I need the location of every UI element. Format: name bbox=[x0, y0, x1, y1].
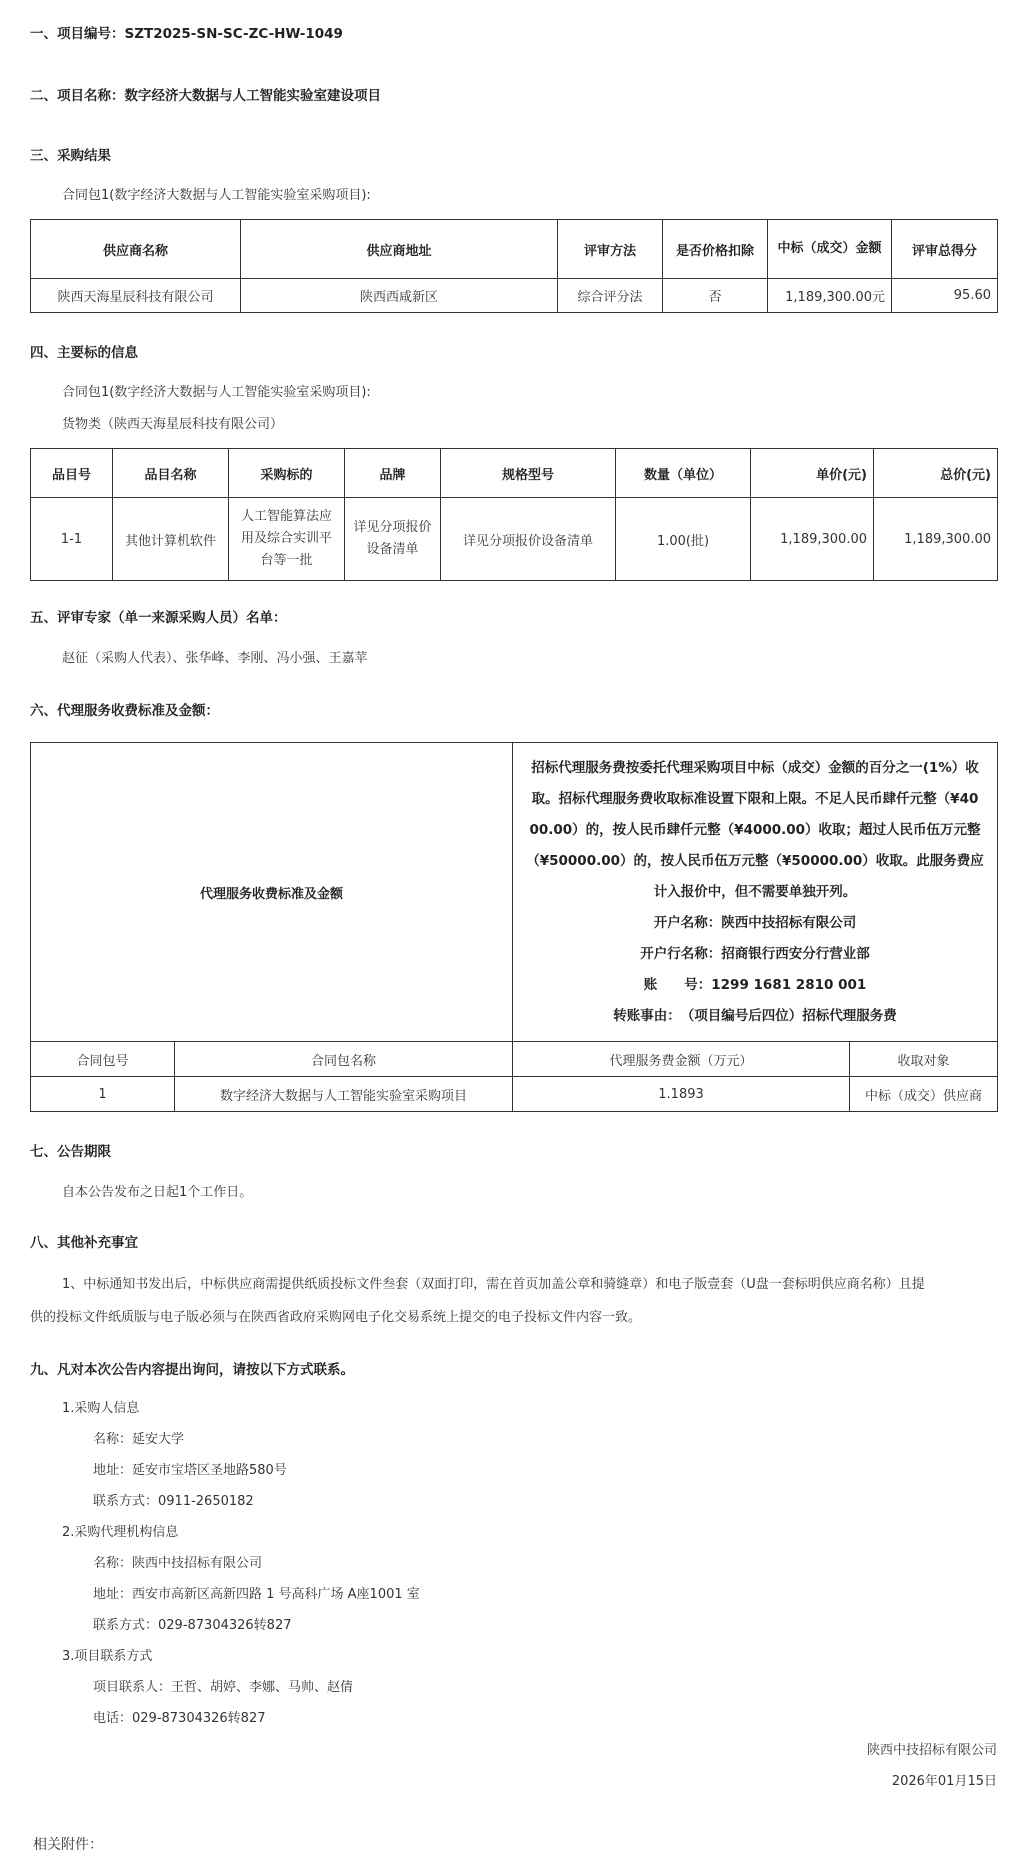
signature-company: 陕西中技招标有限公司 bbox=[867, 1739, 997, 1758]
col-package-name: 合同包名称 bbox=[175, 1042, 513, 1077]
section-title-experts: 五、评审专家（单一来源采购人员）名单： bbox=[30, 606, 287, 626]
agency-fee-table: 代理服务收费标准及金额 招标代理服务费按委托代理采购项目中标（成交）金额的百分之… bbox=[30, 742, 998, 1112]
fee-line: 取。招标代理服务费收取标准设置下限和上限。不足人民币肆仟元整（¥40 bbox=[519, 784, 991, 815]
cell-review-method: 综合评分法 bbox=[558, 279, 663, 313]
col-procurement-object: 采购标的 bbox=[229, 449, 345, 498]
bank-name: 开户行名称：招商银行西安分行营业部 bbox=[519, 939, 991, 970]
expert-members: 赵征（采购人代表）、张华峰、李刚、冯小强、王嘉苹 bbox=[62, 647, 368, 666]
col-fee-amount: 代理服务费金额（万元） bbox=[513, 1042, 850, 1077]
fee-line: 00.00）的，按人民币肆仟元整（¥4000.00）收取；超过人民币伍万元整 bbox=[519, 815, 991, 846]
col-price-deduction: 是否价格扣除 bbox=[663, 220, 768, 279]
cell-spec-model: 详见分项报价设备清单 bbox=[441, 498, 616, 581]
section-project-name: 二、项目名称：数字经济大数据与人工智能实验室建设项目 bbox=[30, 84, 381, 104]
cell-package-number: 1 bbox=[31, 1077, 175, 1112]
fee-standard-description: 招标代理服务费按委托代理采购项目中标（成交）金额的百分之一(1%）收 取。招标代… bbox=[513, 743, 998, 1042]
agency-heading: 2.采购代理机构信息 bbox=[62, 1521, 178, 1540]
section-title-procurement-result: 三、采购结果 bbox=[30, 144, 111, 164]
purchaser-name: 名称：延安大学 bbox=[93, 1428, 184, 1447]
main-items-table: 品目号 品目名称 采购标的 品牌 规格型号 数量（单位） 单价(元) 总价(元)… bbox=[30, 448, 998, 581]
cell-charge-target: 中标（成交）供应商 bbox=[850, 1077, 998, 1112]
col-brand: 品牌 bbox=[345, 449, 441, 498]
cell-unit-price: 1,189,300.00 bbox=[751, 498, 874, 581]
col-total-score: 评审总得分 bbox=[892, 220, 998, 279]
project-number-label: 一、项目编号： bbox=[30, 26, 125, 42]
col-bid-amount: 中标（成交）金额 bbox=[768, 220, 892, 279]
cell-supplier-name: 陕西天海星辰科技有限公司 bbox=[31, 279, 241, 313]
project-contact-people: 项目联系人：王哲、胡婷、李娜、马帅、赵倩 bbox=[93, 1676, 353, 1695]
col-quantity: 数量（单位） bbox=[616, 449, 751, 498]
col-item-number: 品目号 bbox=[31, 449, 113, 498]
section-title-agency-fee: 六、代理服务收费标准及金额： bbox=[30, 699, 219, 719]
section-project-number: 一、项目编号：SZT2025-SN-SC-ZC-HW-1049 bbox=[30, 22, 343, 42]
agency-address: 地址：西安市高新区高新四路 1 号高科广场 A座1001 室 bbox=[93, 1583, 420, 1602]
agency-name: 名称：陕西中技招标有限公司 bbox=[93, 1552, 262, 1571]
col-supplier-address: 供应商地址 bbox=[241, 220, 558, 279]
signature-date: 2026年01月15日 bbox=[892, 1770, 997, 1789]
table-header-row: 供应商名称 供应商地址 评审方法 是否价格扣除 中标（成交）金额 评审总得分 bbox=[31, 220, 998, 279]
cell-procurement-object: 人工智能算法应用及综合实训平台等一批 bbox=[229, 498, 345, 581]
col-spec-model: 规格型号 bbox=[441, 449, 616, 498]
cell-brand: 详见分项报价设备清单 bbox=[345, 498, 441, 581]
purchaser-heading: 1.采购人信息 bbox=[62, 1397, 139, 1416]
section-title-contact: 九、凡对本次公告内容提出询问，请按以下方式联系。 bbox=[30, 1358, 354, 1378]
col-review-method: 评审方法 bbox=[558, 220, 663, 279]
agency-contact: 联系方式：029-87304326转827 bbox=[93, 1614, 292, 1633]
cell-item-number: 1-1 bbox=[31, 498, 113, 581]
cell-supplier-address: 陕西西咸新区 bbox=[241, 279, 558, 313]
category-line: 货物类（陕西天海星辰科技有限公司） bbox=[62, 413, 283, 432]
account-name: 开户名称：陕西中技招标有限公司 bbox=[519, 908, 991, 939]
cell-quantity: 1.00(批) bbox=[616, 498, 751, 581]
project-contact-phone: 电话：029-87304326转827 bbox=[93, 1707, 266, 1726]
table-row: 1 数字经济大数据与人工智能实验室采购项目 1.1893 中标（成交）供应商 bbox=[31, 1077, 998, 1112]
table-header-row: 品目号 品目名称 采购标的 品牌 规格型号 数量（单位） 单价(元) 总价(元) bbox=[31, 449, 998, 498]
other-matters-line-2: 供的投标文件纸质版与电子版必须与在陕西省政府采购网电子化交易系统上提交的电子投标… bbox=[30, 1306, 641, 1325]
cell-total-score: 95.60 bbox=[892, 279, 998, 313]
project-name-value: 数字经济大数据与人工智能实验室建设项目 bbox=[125, 88, 382, 104]
col-supplier-name: 供应商名称 bbox=[31, 220, 241, 279]
transfer-reason: 转账事由： （项目编号后四位）招标代理服务费 bbox=[519, 1001, 991, 1032]
attachments-label: 相关附件： bbox=[33, 1834, 103, 1854]
table-row: 1-1 其他计算机软件 人工智能算法应用及综合实训平台等一批 详见分项报价设备清… bbox=[31, 498, 998, 581]
package-line: 合同包1(数字经济大数据与人工智能实验室采购项目): bbox=[62, 184, 371, 203]
table-row: 陕西天海星辰科技有限公司 陕西西咸新区 综合评分法 否 1,189,300.00… bbox=[31, 279, 998, 313]
col-charge-target: 收取对象 bbox=[850, 1042, 998, 1077]
col-unit-price: 单价(元) bbox=[751, 449, 874, 498]
fee-standard-label: 代理服务收费标准及金额 bbox=[31, 743, 513, 1042]
col-package-number: 合同包号 bbox=[31, 1042, 175, 1077]
package-line: 合同包1(数字经济大数据与人工智能实验室采购项目): bbox=[62, 381, 371, 400]
project-name-label: 二、项目名称： bbox=[30, 88, 125, 104]
cell-total-price: 1,189,300.00 bbox=[874, 498, 998, 581]
purchaser-address: 地址：延安市宝塔区圣地路580号 bbox=[93, 1459, 287, 1478]
fee-line: 计入报价中，但不需要单独开列。 bbox=[519, 877, 991, 908]
other-matters-line-1: 1、中标通知书发出后，中标供应商需提供纸质投标文件叁套（双面打印，需在首页加盖公… bbox=[62, 1273, 925, 1292]
cell-price-deduction: 否 bbox=[663, 279, 768, 313]
section-title-notice-period: 七、公告期限 bbox=[30, 1140, 111, 1160]
cell-item-name: 其他计算机软件 bbox=[113, 498, 229, 581]
table-header-row: 合同包号 合同包名称 代理服务费金额（万元） 收取对象 bbox=[31, 1042, 998, 1077]
cell-bid-amount: 1,189,300.00元 bbox=[768, 279, 892, 313]
fee-line: （¥50000.00）的，按人民币伍万元整（¥50000.00）收取。此服务费应 bbox=[519, 846, 991, 877]
fee-line: 招标代理服务费按委托代理采购项目中标（成交）金额的百分之一(1%）收 bbox=[519, 753, 991, 784]
procurement-result-table: 供应商名称 供应商地址 评审方法 是否价格扣除 中标（成交）金额 评审总得分 陕… bbox=[30, 219, 998, 313]
col-item-name: 品目名称 bbox=[113, 449, 229, 498]
cell-package-name: 数字经济大数据与人工智能实验室采购项目 bbox=[175, 1077, 513, 1112]
section-title-main-items: 四、主要标的信息 bbox=[30, 341, 138, 361]
notice-period-text: 自本公告发布之日起1个工作日。 bbox=[62, 1181, 252, 1200]
cell-fee-amount: 1.1893 bbox=[513, 1077, 850, 1112]
col-total-price: 总价(元) bbox=[874, 449, 998, 498]
project-contact-heading: 3.项目联系方式 bbox=[62, 1645, 152, 1664]
project-number-value: SZT2025-SN-SC-ZC-HW-1049 bbox=[125, 26, 343, 42]
section-title-other-matters: 八、其他补充事宜 bbox=[30, 1231, 138, 1251]
account-number: 账 号：1299 1681 2810 001 bbox=[519, 970, 991, 1001]
fee-standard-row: 代理服务收费标准及金额 招标代理服务费按委托代理采购项目中标（成交）金额的百分之… bbox=[31, 743, 998, 1042]
purchaser-contact: 联系方式：0911-2650182 bbox=[93, 1490, 254, 1509]
